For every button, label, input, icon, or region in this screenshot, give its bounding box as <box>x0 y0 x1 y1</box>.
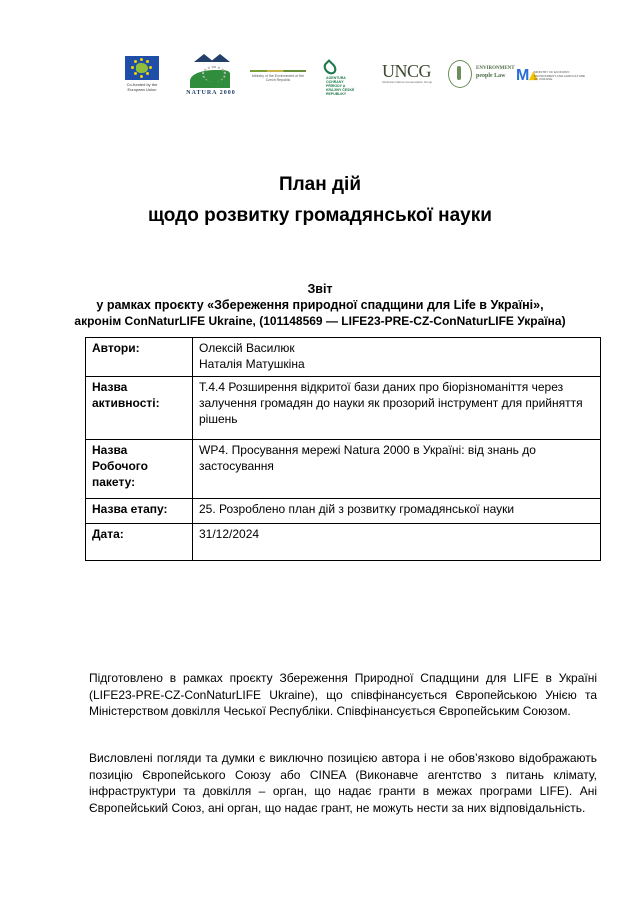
row-label: Назва етапу: <box>86 499 193 524</box>
row-label: Автори: <box>86 338 193 377</box>
bird-icon <box>210 54 230 62</box>
table-row: Назва етапу: 25. Розроблено план дій з р… <box>86 499 601 524</box>
report-heading-block: Звіт у рамках проєкту «Збереження природ… <box>0 281 640 329</box>
row-value: 25. Розроблено план дій з розвитку грома… <box>193 499 601 524</box>
table-row: Назва активності: Т.4.4 Розширення відкр… <box>86 377 601 440</box>
report-acronym-line: акронім ConNaturLIFE Ukraine, (101148569… <box>0 313 640 329</box>
table-row: Автори: Олексій Василюк Наталія Матушкін… <box>86 338 601 377</box>
row-value: WP4. Просування мережі Natura 2000 в Укр… <box>193 440 601 499</box>
leaf-icon <box>321 59 339 77</box>
row-label: Назва активності: <box>86 377 193 440</box>
report-heading: Звіт <box>0 281 640 297</box>
funding-statement: Підготовлено в рамках проєкту Збереження… <box>89 670 597 720</box>
project-info-table: Автори: Олексій Василюк Наталія Матушкін… <box>85 337 601 561</box>
row-value: 31/12/2024 <box>193 524 601 561</box>
row-value: Т.4.4 Розширення відкритої бази даних пр… <box>193 377 601 440</box>
ukraine-ministry-logo: M▴ MINISTRY OF ECONOMY, ENVIRONMENT AND … <box>516 68 588 88</box>
document-subtitle: щодо розвитку громадянської науки <box>0 205 640 227</box>
row-label: Назва Робочого пакету: <box>86 440 193 499</box>
czech-ministry-logo: Ministry of the Environment of the Czech… <box>250 70 306 86</box>
disclaimer: Висловлені погляди та думки є виключно п… <box>89 750 597 816</box>
eu-caption: Co-funded by the European Union <box>124 82 160 92</box>
uncg-logo: UNCG Ukrainian Nature Conservation Group <box>382 62 440 92</box>
report-project-line: у рамках проєкту «Збереження природної с… <box>0 297 640 313</box>
environment-people-law-logo: ENVIRONMENT people Law <box>448 60 518 94</box>
table-row: Назва Робочого пакету: WP4. Просування м… <box>86 440 601 499</box>
eu-cofunded-logo: Co-funded by the European Union <box>124 56 160 100</box>
table-row: Дата: 31/12/2024 <box>86 524 601 561</box>
natura-2000-logo: NATURA 2000 <box>186 52 236 98</box>
row-label: Дата: <box>86 524 193 561</box>
partner-logos: Co-funded by the European Union NATURA 2… <box>118 52 588 100</box>
aopk-logo: AGENTURA OCHRANY PŘÍRODY A KRAJINY ČESKÉ… <box>316 60 358 94</box>
document-title: План дій <box>0 174 640 196</box>
eu-flag-icon <box>125 56 159 80</box>
row-value: Олексій Василюк Наталія Матушкіна <box>193 338 601 377</box>
